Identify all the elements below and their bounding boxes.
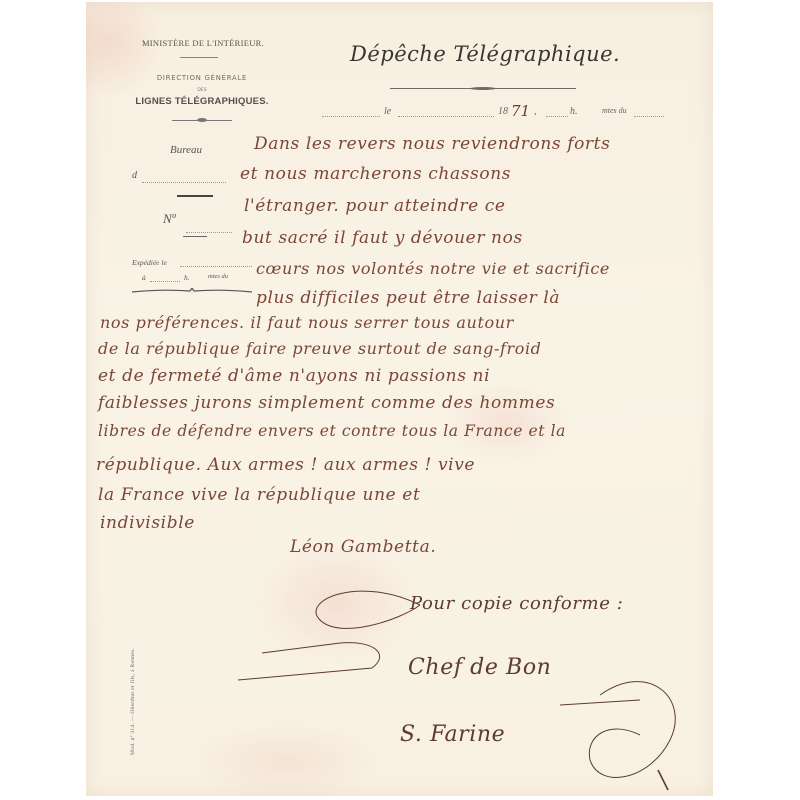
printer-mark: Mod. nº 314. — Oberthur et fils, à Renne…: [130, 648, 136, 755]
signature-flourishes: [0, 0, 800, 800]
